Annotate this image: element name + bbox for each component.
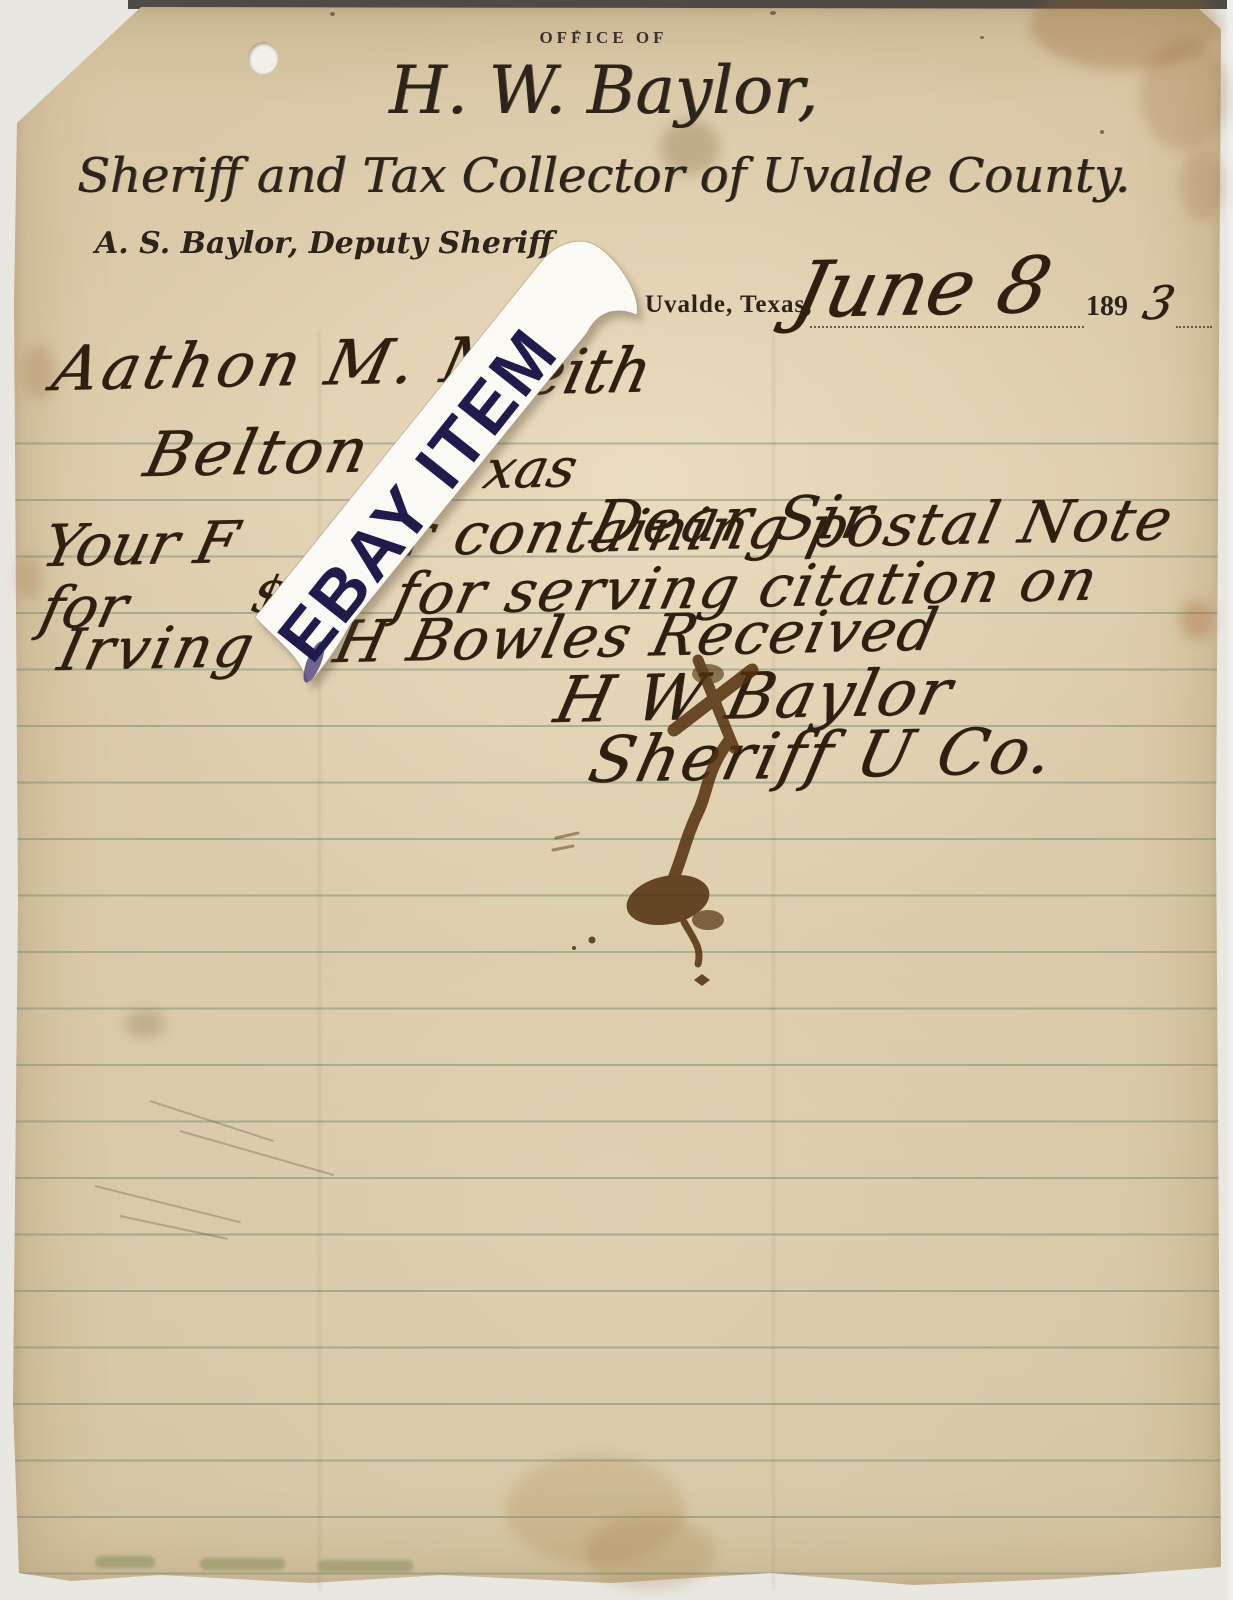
ink-blot bbox=[556, 652, 816, 992]
stain bbox=[318, 1560, 413, 1572]
speck bbox=[330, 12, 335, 16]
stain bbox=[200, 1558, 285, 1570]
scanned-letter-photo: OFFICE OF H. W. Baylor, Sheriff and Tax … bbox=[0, 0, 1233, 1600]
stain bbox=[1180, 600, 1214, 640]
speck bbox=[1100, 130, 1104, 134]
letterhead-year-prefix: 189 bbox=[1086, 291, 1128, 323]
sticker-label: EBAY ITEM bbox=[263, 313, 573, 675]
stain bbox=[95, 1556, 155, 1568]
speck bbox=[770, 11, 776, 15]
letterhead-place: Uvalde, Texas, bbox=[645, 291, 813, 319]
date-dotted-rule bbox=[1176, 300, 1212, 328]
ebay-item-sticker: EBAY ITEM bbox=[248, 232, 648, 702]
body-line3-fragment: Irving bbox=[52, 612, 263, 684]
body-line1-fragment: Your F bbox=[36, 508, 244, 580]
letterhead-office-of: OFFICE OF bbox=[0, 28, 1207, 48]
stain bbox=[585, 1515, 715, 1590]
letterhead-title: Sheriff and Tax Collector of Uvalde Coun… bbox=[0, 148, 1207, 204]
hole-punch bbox=[248, 42, 278, 74]
stain bbox=[125, 1010, 165, 1038]
letterhead-name: H. W. Baylor, bbox=[0, 52, 1207, 129]
scan-background bbox=[1227, 0, 1233, 1600]
handwritten-date: June 8 bbox=[785, 241, 1059, 336]
